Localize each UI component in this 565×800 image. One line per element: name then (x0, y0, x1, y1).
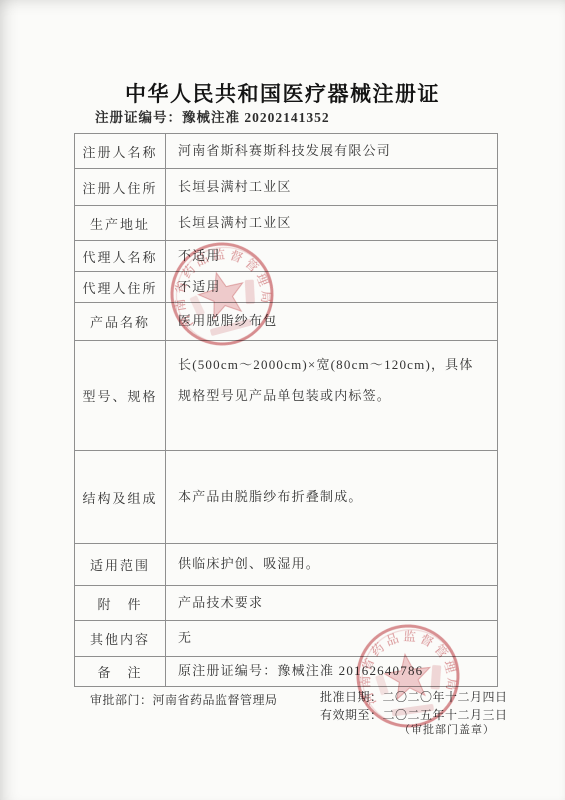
field-label: 附 件 (75, 586, 166, 621)
field-value: 供临床护创、吸湿用。 (166, 544, 498, 586)
field-label: 注册人名称 (75, 134, 166, 169)
field-value: 不适用 (166, 272, 498, 303)
field-value: 河南省斯科赛斯科技发展有限公司 (166, 134, 498, 169)
field-label: 代理人住所 (75, 272, 166, 303)
approval-department: 审批部门：河南省药品监督管理局 (90, 691, 278, 708)
table-row: 生产地址 长垣县满村工业区 (75, 206, 498, 241)
registration-number-line: 注册证编号：豫械注准 20202141352 (95, 106, 330, 126)
field-value: 无 (166, 621, 498, 657)
field-value: 产品技术要求 (166, 586, 498, 621)
certificate-table: 注册人名称 河南省斯科赛斯科技发展有限公司 注册人住所 长垣县满村工业区 生产地… (74, 133, 498, 687)
field-label: 结构及组成 (75, 451, 166, 544)
table-row: 注册人住所 长垣县满村工业区 (75, 169, 498, 206)
certificate-title: 中华人民共和国医疗器械注册证 (0, 78, 565, 108)
field-label: 代理人名称 (75, 241, 166, 272)
table-row: 型号、规格 长(500cm～2000cm)×宽(80cm～120cm)，具体规格… (75, 341, 498, 451)
field-value: 医用脱脂纱布包 (166, 303, 498, 341)
table-row: 结构及组成 本产品由脱脂纱布折叠制成。 (75, 451, 498, 544)
field-value: 长垣县满村工业区 (166, 206, 498, 241)
field-label: 型号、规格 (75, 341, 166, 451)
field-label: 其他内容 (75, 621, 166, 657)
field-value: 长(500cm～2000cm)×宽(80cm～120cm)，具体规格型号见产品单… (166, 341, 498, 451)
table-row: 代理人名称 不适用 (75, 241, 498, 272)
field-label: 适用范围 (75, 544, 166, 586)
field-label: 注册人住所 (75, 169, 166, 206)
table-row: 适用范围 供临床护创、吸湿用。 (75, 544, 498, 586)
field-value: 原注册证编号：豫械注准 20162640786 (166, 657, 498, 687)
field-label: 生产地址 (75, 206, 166, 241)
field-label: 产品名称 (75, 303, 166, 341)
table-row: 代理人住所 不适用 (75, 272, 498, 303)
field-label: 备 注 (75, 657, 166, 687)
table-row: 产品名称 医用脱脂纱布包 (75, 303, 498, 341)
field-value: 不适用 (166, 241, 498, 272)
seal-note: （审批部门盖章） (399, 721, 495, 737)
table-row: 注册人名称 河南省斯科赛斯科技发展有限公司 (75, 134, 498, 169)
approval-date: 批准日期：二〇二〇年十二月四日 (320, 688, 508, 705)
table-row: 备 注 原注册证编号：豫械注准 20162640786 (75, 657, 498, 687)
table-row: 附 件 产品技术要求 (75, 586, 498, 621)
table-row: 其他内容 无 (75, 621, 498, 657)
field-value: 长垣县满村工业区 (166, 169, 498, 206)
field-value: 本产品由脱脂纱布折叠制成。 (166, 451, 498, 544)
